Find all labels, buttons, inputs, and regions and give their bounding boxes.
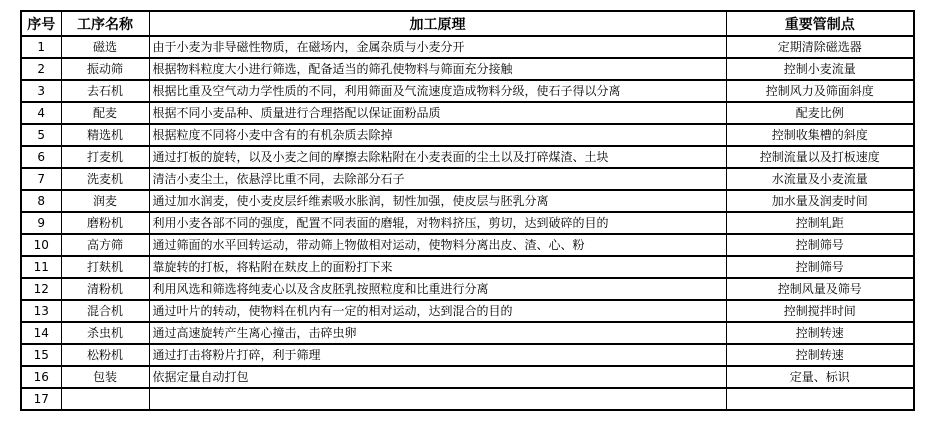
- row-number-cell: 17: [21, 388, 61, 410]
- row-number-cell: 12: [21, 278, 61, 300]
- principle-cell: 根据不同小麦品种、质量进行合理搭配以保证面粉品质: [149, 102, 726, 124]
- control-point-cell: 控制小麦流量: [726, 58, 914, 80]
- row-number-cell: 9: [21, 212, 61, 234]
- table-row: 17: [21, 388, 914, 410]
- row-number-cell: 4: [21, 102, 61, 124]
- process-name-cell: 混合机: [61, 300, 149, 322]
- control-point-cell: 控制转速: [726, 344, 914, 366]
- principle-cell: 依据定量自动打包: [149, 366, 726, 388]
- row-number-cell: 10: [21, 234, 61, 256]
- table-row: 8润麦通过加水润麦，使小麦皮层纤维素吸水胀润，韧性加强，使皮层与胚乳分离加水量及…: [21, 190, 914, 212]
- process-name-cell: 洗麦机: [61, 168, 149, 190]
- principle-cell: 通过高速旋转产生离心撞击，击碎虫卵: [149, 322, 726, 344]
- control-point-cell: 控制搅拌时间: [726, 300, 914, 322]
- table-row: 12清粉机利用风选和筛选将纯麦心以及含皮胚乳按照粒度和比重进行分离控制风量及筛号: [21, 278, 914, 300]
- table-row: 4配麦根据不同小麦品种、质量进行合理搭配以保证面粉品质配麦比例: [21, 102, 914, 124]
- principle-cell: 由于小麦为非导磁性物质，在磁场内，金属杂质与小麦分开: [149, 36, 726, 58]
- table-row: 9磨粉机利用小麦各部不同的强度，配置不同表面的磨辊，对物料挤压，剪切，达到破碎的…: [21, 212, 914, 234]
- control-point-cell: [726, 388, 914, 410]
- process-name-cell: 振动筛: [61, 58, 149, 80]
- control-point-cell: 控制流量以及打板速度: [726, 146, 914, 168]
- row-number-cell: 7: [21, 168, 61, 190]
- process-name-cell: 松粉机: [61, 344, 149, 366]
- control-point-cell: 控制筛号: [726, 234, 914, 256]
- principle-cell: 通过加水润麦，使小麦皮层纤维素吸水胀润，韧性加强，使皮层与胚乳分离: [149, 190, 726, 212]
- table-row: 11打麸机靠旋转的打板，将粘附在麸皮上的面粉打下来控制筛号: [21, 256, 914, 278]
- row-number-cell: 11: [21, 256, 61, 278]
- process-name-cell: 精选机: [61, 124, 149, 146]
- control-point-cell: 定期清除磁选器: [726, 36, 914, 58]
- row-number-cell: 2: [21, 58, 61, 80]
- principle-cell: 通过叶片的转动，使物料在机内有一定的相对运动，达到混合的目的: [149, 300, 726, 322]
- table-row: 1磁选由于小麦为非导磁性物质，在磁场内，金属杂质与小麦分开定期清除磁选器: [21, 36, 914, 58]
- page-canvas: 序号 工序名称 加工原理 重要管制点 1磁选由于小麦为非导磁性物质，在磁场内，金…: [0, 0, 927, 436]
- table-header: 序号 工序名称 加工原理 重要管制点: [21, 11, 914, 36]
- control-point-cell: 控制收集槽的斜度: [726, 124, 914, 146]
- process-table: 序号 工序名称 加工原理 重要管制点 1磁选由于小麦为非导磁性物质，在磁场内，金…: [20, 10, 915, 411]
- table-row: 16包装依据定量自动打包定量、标识: [21, 366, 914, 388]
- table-row: 2振动筛根据物料粒度大小进行筛选，配备适当的筛孔使物料与筛面充分接触控制小麦流量: [21, 58, 914, 80]
- process-name-cell: 包装: [61, 366, 149, 388]
- principle-cell: 根据物料粒度大小进行筛选，配备适当的筛孔使物料与筛面充分接触: [149, 58, 726, 80]
- process-name-cell: 磨粉机: [61, 212, 149, 234]
- table-row: 15松粉机通过打击将粉片打碎，利于筛理控制转速: [21, 344, 914, 366]
- process-name-cell: 清粉机: [61, 278, 149, 300]
- process-name-cell: 配麦: [61, 102, 149, 124]
- control-point-cell: 定量、标识: [726, 366, 914, 388]
- process-name-cell: 打麦机: [61, 146, 149, 168]
- row-number-cell: 15: [21, 344, 61, 366]
- table-row: 10高方筛通过筛面的水平回转运动，带动筛上物做相对运动，使物料分离出皮、渣、心、…: [21, 234, 914, 256]
- principle-cell: 清洁小麦尘土，依悬浮比重不同，去除部分石子: [149, 168, 726, 190]
- table-row: 7洗麦机清洁小麦尘土，依悬浮比重不同，去除部分石子水流量及小麦流量: [21, 168, 914, 190]
- column-header-principle: 加工原理: [149, 11, 726, 36]
- table-row: 14杀虫机通过高速旋转产生离心撞击，击碎虫卵控制转速: [21, 322, 914, 344]
- column-header-number: 序号: [21, 11, 61, 36]
- principle-cell: 通过打板的旋转，以及小麦之间的摩擦去除粘附在小麦表面的尘土以及打碎煤渣、土块: [149, 146, 726, 168]
- principle-cell: 通过筛面的水平回转运动，带动筛上物做相对运动，使物料分离出皮、渣、心、粉: [149, 234, 726, 256]
- row-number-cell: 3: [21, 80, 61, 102]
- row-number-cell: 1: [21, 36, 61, 58]
- row-number-cell: 5: [21, 124, 61, 146]
- principle-cell: 根据比重及空气动力学性质的不同，利用筛面及气流速度造成物料分级，使石子得以分离: [149, 80, 726, 102]
- table-body: 1磁选由于小麦为非导磁性物质，在磁场内，金属杂质与小麦分开定期清除磁选器2振动筛…: [21, 36, 914, 410]
- row-number-cell: 14: [21, 322, 61, 344]
- process-name-cell: 磁选: [61, 36, 149, 58]
- row-number-cell: 8: [21, 190, 61, 212]
- control-point-cell: 控制筛号: [726, 256, 914, 278]
- process-name-cell: 高方筛: [61, 234, 149, 256]
- control-point-cell: 配麦比例: [726, 102, 914, 124]
- control-point-cell: 水流量及小麦流量: [726, 168, 914, 190]
- process-name-cell: [61, 388, 149, 410]
- column-header-process: 工序名称: [61, 11, 149, 36]
- principle-cell: 靠旋转的打板，将粘附在麸皮上的面粉打下来: [149, 256, 726, 278]
- process-name-cell: 杀虫机: [61, 322, 149, 344]
- principle-cell: 通过打击将粉片打碎，利于筛理: [149, 344, 726, 366]
- row-number-cell: 13: [21, 300, 61, 322]
- principle-cell: [149, 388, 726, 410]
- principle-cell: 根据粒度不同将小麦中含有的有机杂质去除掉: [149, 124, 726, 146]
- process-name-cell: 润麦: [61, 190, 149, 212]
- table-row: 5精选机根据粒度不同将小麦中含有的有机杂质去除掉控制收集槽的斜度: [21, 124, 914, 146]
- process-name-cell: 打麸机: [61, 256, 149, 278]
- principle-cell: 利用小麦各部不同的强度，配置不同表面的磨辊，对物料挤压，剪切，达到破碎的目的: [149, 212, 726, 234]
- control-point-cell: 控制风量及筛号: [726, 278, 914, 300]
- control-point-cell: 控制风力及筛面斜度: [726, 80, 914, 102]
- principle-cell: 利用风选和筛选将纯麦心以及含皮胚乳按照粒度和比重进行分离: [149, 278, 726, 300]
- control-point-cell: 控制转速: [726, 322, 914, 344]
- control-point-cell: 加水量及润麦时间: [726, 190, 914, 212]
- table-row: 13混合机通过叶片的转动，使物料在机内有一定的相对运动，达到混合的目的控制搅拌时…: [21, 300, 914, 322]
- table-row: 6打麦机通过打板的旋转，以及小麦之间的摩擦去除粘附在小麦表面的尘土以及打碎煤渣、…: [21, 146, 914, 168]
- row-number-cell: 6: [21, 146, 61, 168]
- process-name-cell: 去石机: [61, 80, 149, 102]
- control-point-cell: 控制轧距: [726, 212, 914, 234]
- table-row: 3去石机根据比重及空气动力学性质的不同，利用筛面及气流速度造成物料分级，使石子得…: [21, 80, 914, 102]
- column-header-control: 重要管制点: [726, 11, 914, 36]
- row-number-cell: 16: [21, 366, 61, 388]
- header-row: 序号 工序名称 加工原理 重要管制点: [21, 11, 914, 36]
